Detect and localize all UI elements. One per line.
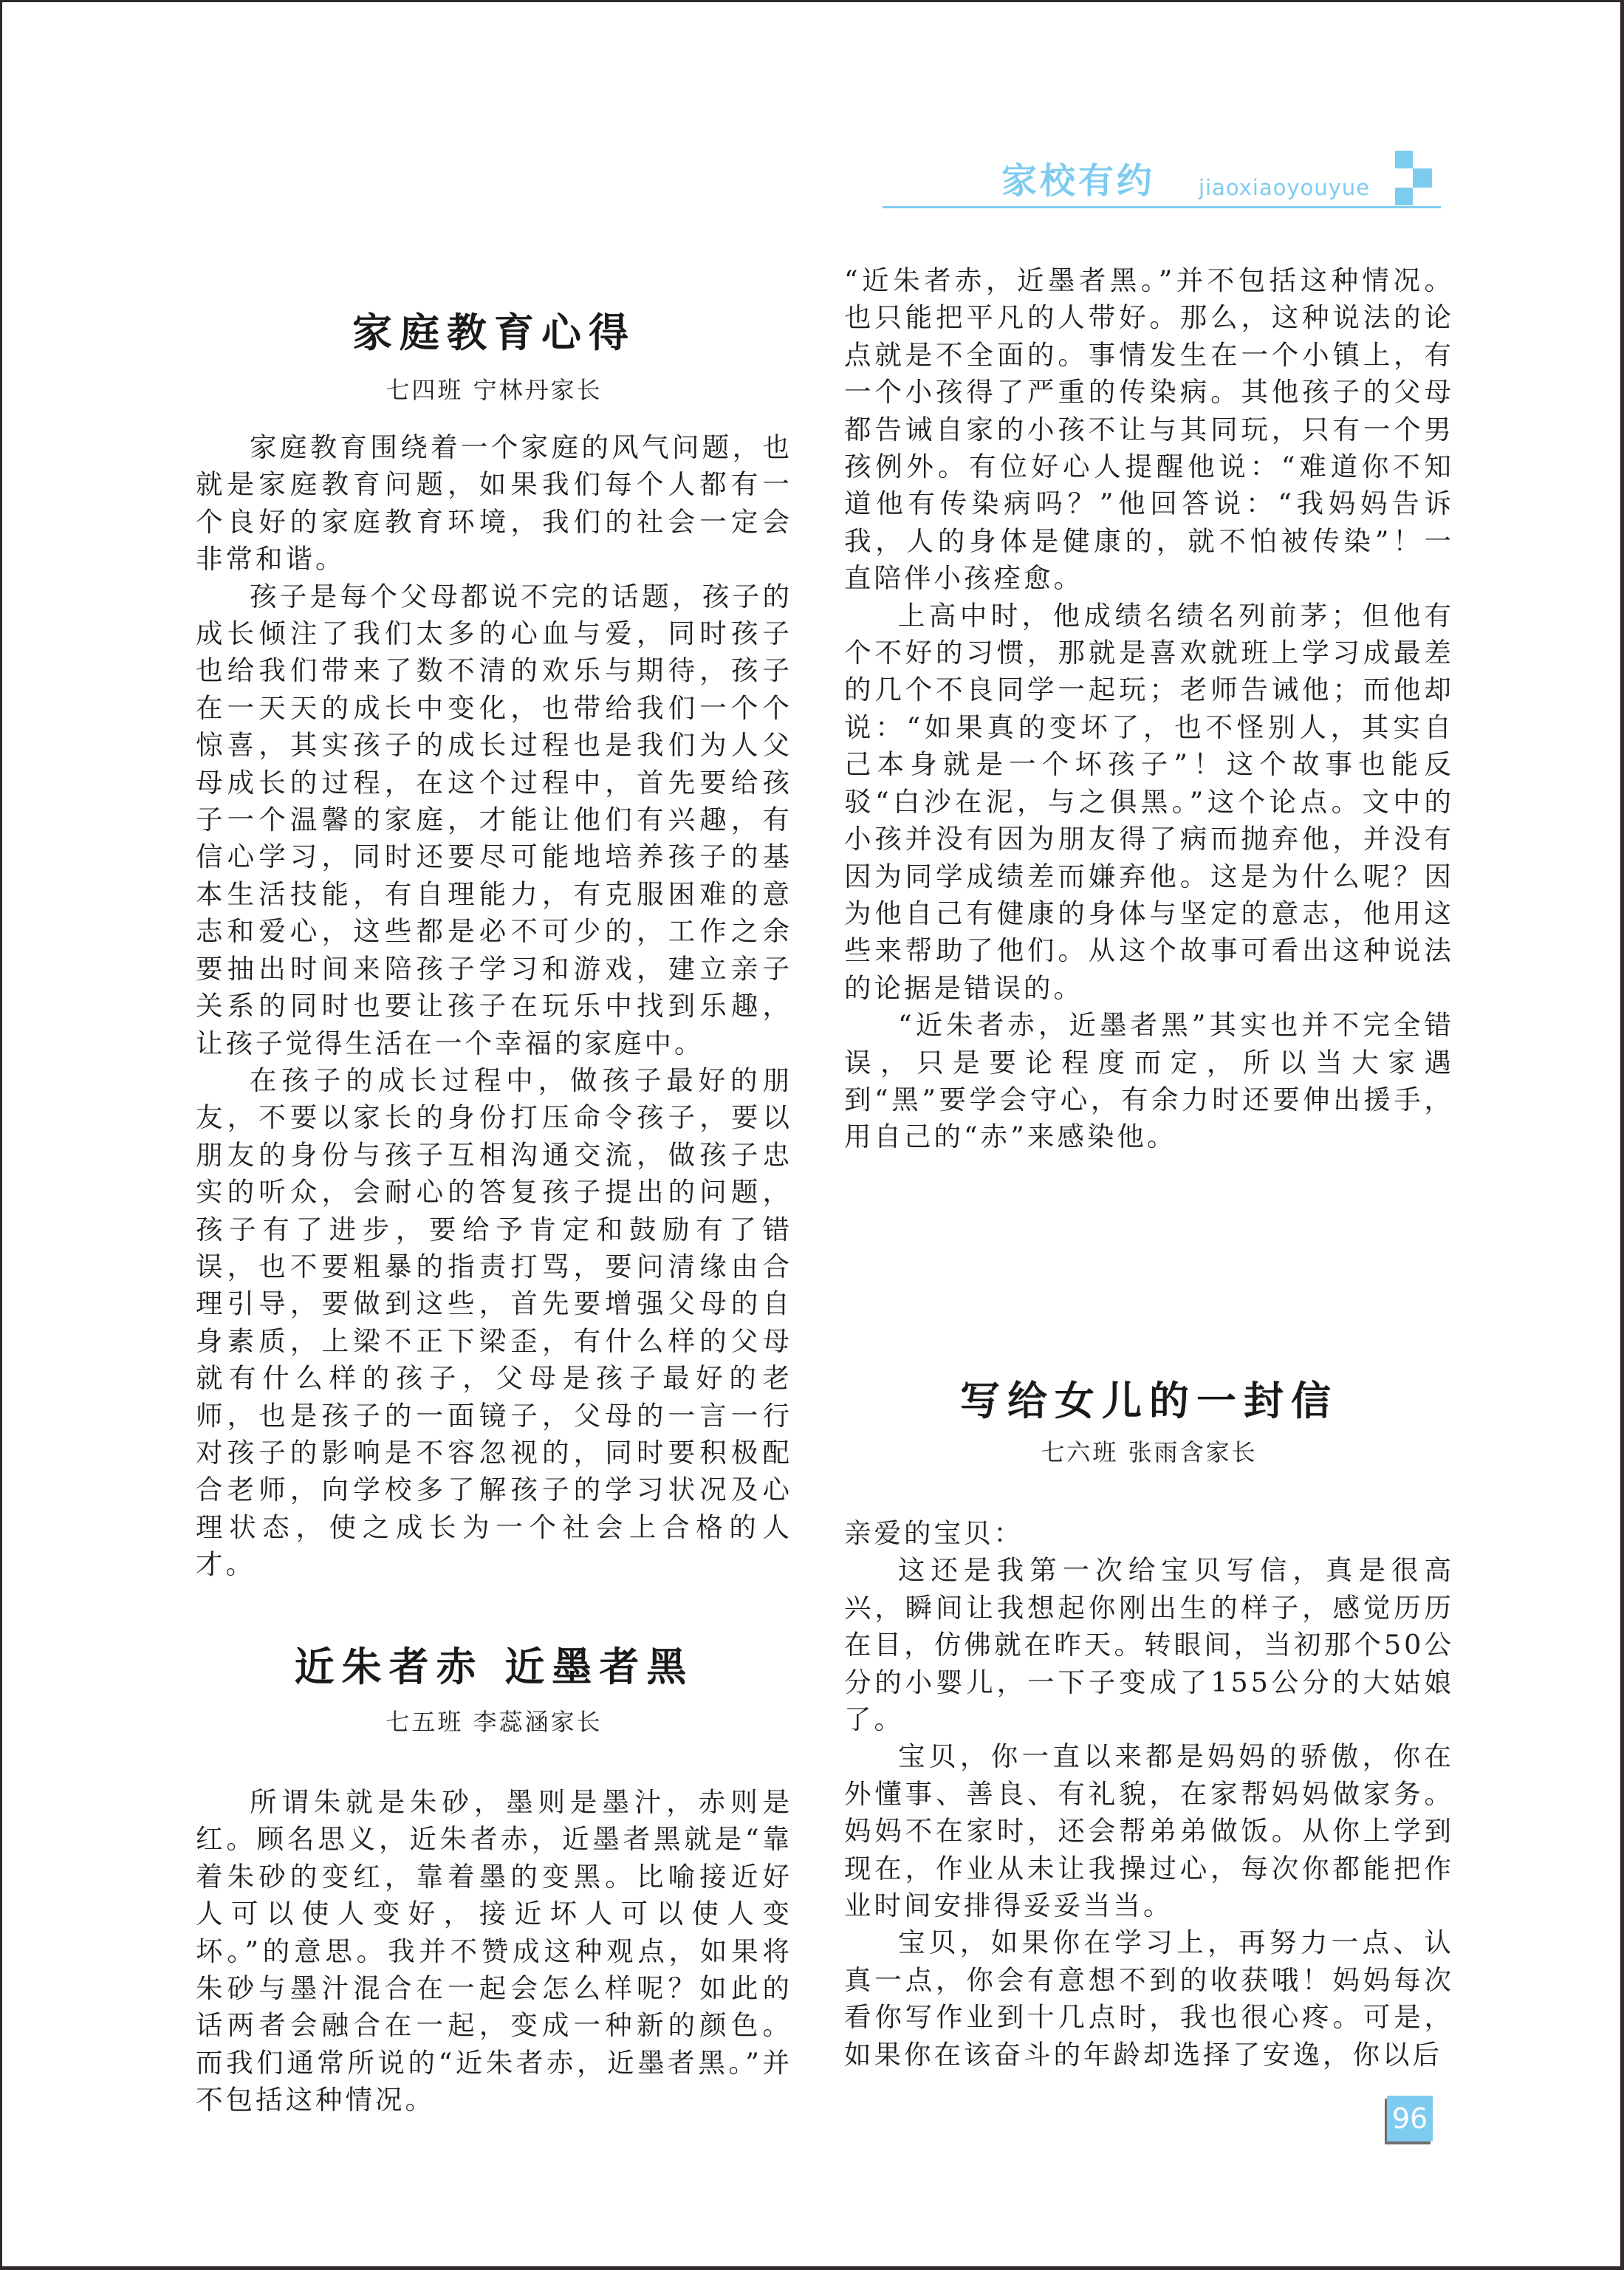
section-pinyin: jiaoxiaoyouyue — [1199, 175, 1370, 200]
paragraph: 在孩子的成长过程中，做孩子最好的朋友，不要以家长的身份打压命令孩子，要以朋友的身… — [196, 1062, 792, 1584]
article-byline-family-education: 七四班 宁林丹家长 — [196, 375, 792, 405]
paragraph: 宝贝，如果你在学习上，再努力一点、认真一点，你会有意想不到的收获哦！妈妈每次看你… — [844, 1924, 1454, 2074]
section-header: 家校有约 jiaoxiaoyouyue — [883, 150, 1444, 224]
magazine-page: 家校有约 jiaoxiaoyouyue 家庭教育心得 七四班 宁林丹家长 家庭教… — [0, 0, 1624, 2270]
paragraph: 孩子是每个父母都说不完的话题，孩子的成长倾注了我们太多的心血与爱，同时孩子也给我… — [196, 578, 792, 1062]
article-body-jinzhu-right: “近朱者赤，近墨者黑。”并不包括这种情况。也只能把平凡的人带好。那么，这种说法的… — [844, 262, 1454, 1156]
article-byline-letter: 七六班 张雨含家长 — [844, 1437, 1454, 1467]
article-body-letter: 亲爱的宝贝： 这还是我第一次给宝贝写信，真是很高兴，瞬间让我想起你刚出生的样子，… — [844, 1515, 1454, 2074]
article-title-letter: 写给女儿的一封信 — [844, 1375, 1454, 1426]
page-number-badge: 96 — [1387, 2096, 1433, 2141]
section-title: 家校有约 — [1001, 159, 1155, 203]
block-cross-icon — [1395, 151, 1432, 206]
paragraph: 这还是我第一次给宝贝写信，真是很高兴，瞬间让我想起你刚出生的样子，感觉历历在目，… — [844, 1552, 1454, 1738]
article-title-family-education: 家庭教育心得 — [196, 307, 792, 358]
article-byline-jinzhu: 七五班 李蕊涵家长 — [196, 1707, 792, 1737]
paragraph: “近朱者赤，近墨者黑”其实也并不完全错误，只是要论程度而定，所以当大家遇到“黑”… — [844, 1007, 1454, 1156]
paragraph: 宝贝，你一直以来都是妈妈的骄傲，你在外懂事、善良、有礼貌，在家帮妈妈做家务。妈妈… — [844, 1738, 1454, 1924]
salutation: 亲爱的宝贝： — [844, 1515, 1454, 1552]
paragraph: 上高中时，他成绩名绩名列前茅；但他有个不好的习惯，那就是喜欢就班上学习成最差的几… — [844, 598, 1454, 1007]
paragraph: 所谓朱就是朱砂，墨则是墨汁，赤则是红。顾名思义，近朱者赤，近墨者黑就是“靠着朱砂… — [196, 1784, 792, 2119]
article-body-jinzhu-left: 所谓朱就是朱砂，墨则是墨汁，赤则是红。顾名思义，近朱者赤，近墨者黑就是“靠着朱砂… — [196, 1784, 792, 2119]
article-title-jinzhu: 近朱者赤 近墨者黑 — [196, 1641, 792, 1692]
paragraph: 家庭教育围绕着一个家庭的风气问题，也就是家庭教育问题，如果我们每个人都有一个良好… — [196, 429, 792, 578]
paragraph: “近朱者赤，近墨者黑。”并不包括这种情况。也只能把平凡的人带好。那么，这种说法的… — [844, 262, 1454, 598]
article-body-family-education: 家庭教育围绕着一个家庭的风气问题，也就是家庭教育问题，如果我们每个人都有一个良好… — [196, 429, 792, 1584]
